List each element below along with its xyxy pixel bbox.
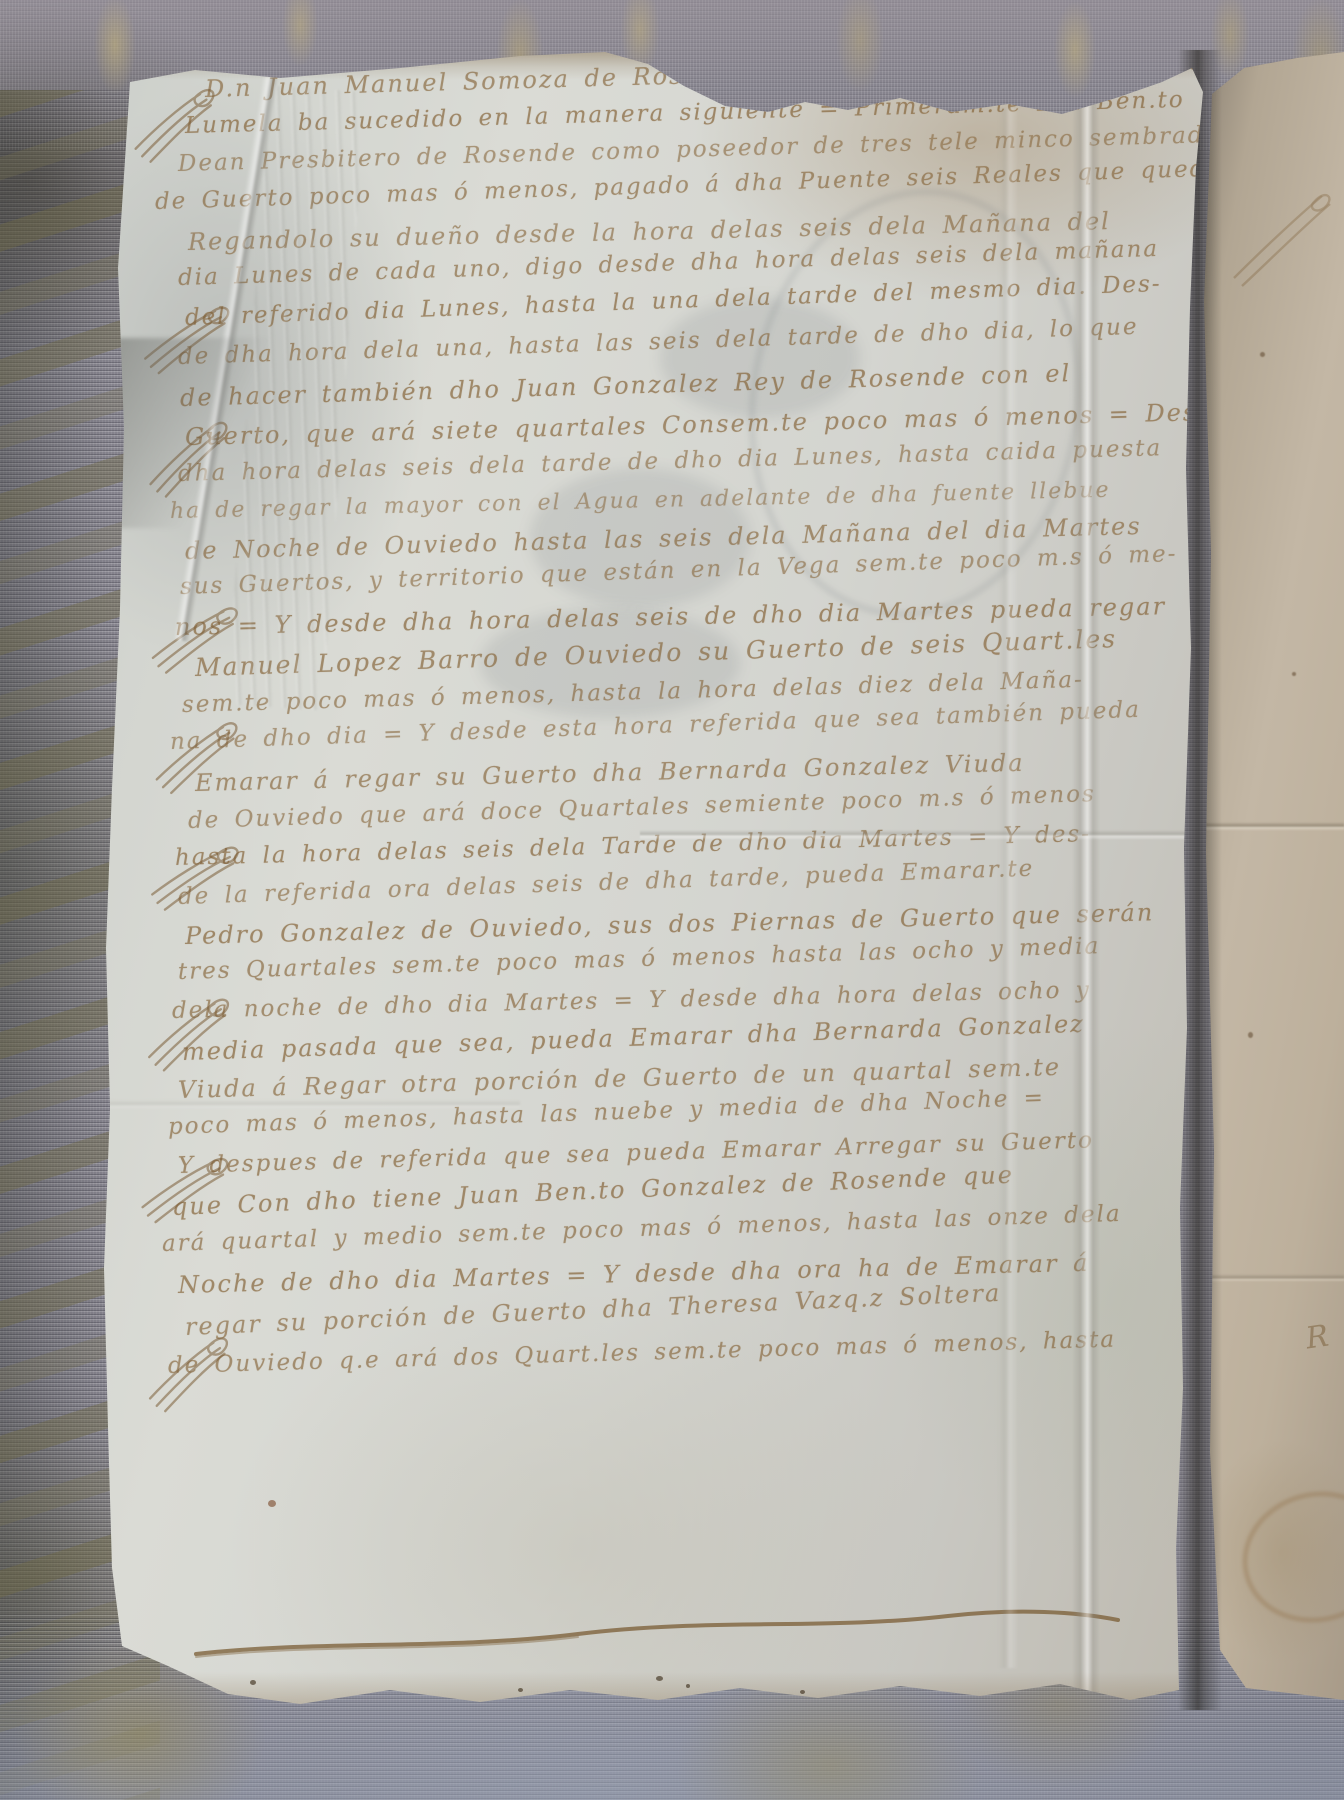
crease (1072, 48, 1100, 1708)
margin-flourish-icon (125, 81, 222, 167)
second-page: R (1202, 52, 1344, 1700)
margin-flourish-icon (145, 832, 244, 920)
crease (1202, 1274, 1344, 1282)
margin-flourish-icon (149, 714, 244, 797)
crease (1202, 822, 1344, 831)
crease (998, 108, 1018, 1668)
crease (640, 830, 1205, 840)
edge-speck (800, 1690, 805, 1694)
crease (100, 1100, 520, 1109)
foxing-speck (1292, 672, 1296, 676)
margin-flourish-icon (139, 1329, 238, 1417)
manuscript-page: D.n Juan Manuel Somoza de Rosende, para,… (100, 48, 1205, 1708)
margin-flourish-icon (135, 1145, 232, 1231)
margin-letter: R (1304, 1319, 1331, 1357)
closing-rule-flourish (188, 1596, 1128, 1666)
edge-speck (686, 1684, 690, 1688)
edge-speck (656, 1676, 663, 1681)
margin-flourish-icon (140, 991, 236, 1076)
edge-speck (250, 1680, 256, 1685)
photo-of-manuscript: R D.n Juan Manuel Somoza de Rosende, par… (0, 0, 1344, 1800)
pen-flourish-icon (1226, 182, 1336, 292)
stain-dot (268, 1500, 276, 1507)
bleedthrough-smudge (660, 298, 860, 418)
foxing-speck (1260, 352, 1265, 357)
foxing-speck (1248, 1032, 1253, 1038)
edge-speck (518, 1688, 523, 1692)
ink-bleed-stain (1229, 1476, 1344, 1638)
